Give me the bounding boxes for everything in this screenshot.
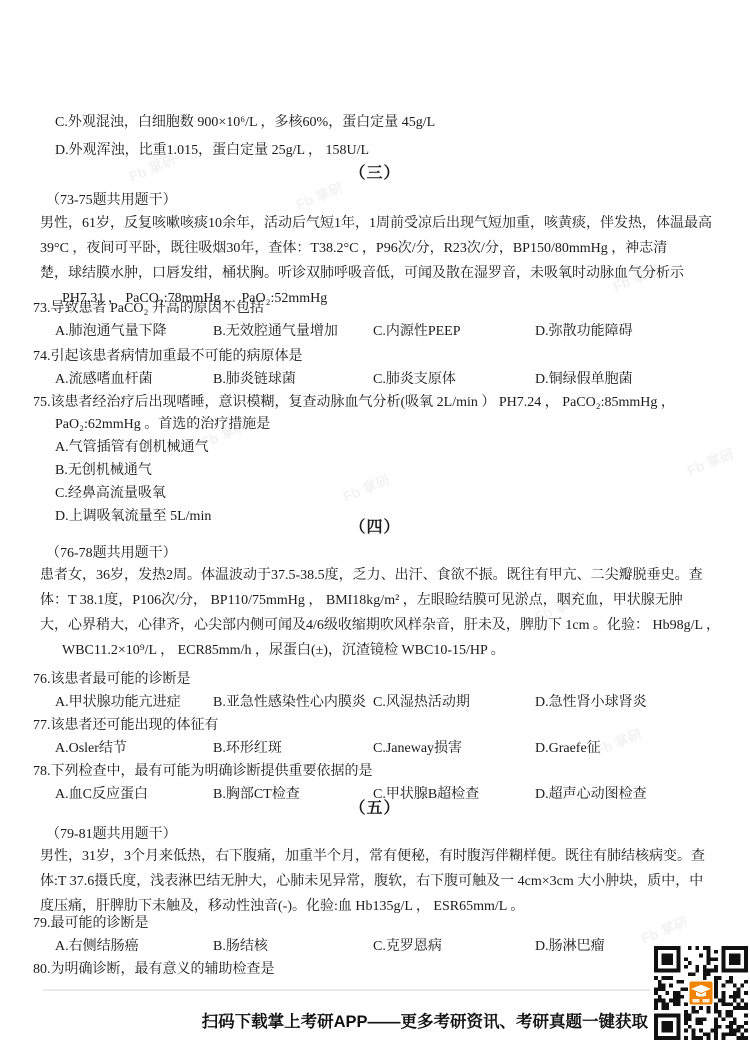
prev-option-c: C.外观混浊，白细胞数 900×10⁶/L ，多核60%，蛋白定量 45g/L — [33, 110, 734, 135]
app-logo-icon — [689, 981, 712, 1004]
option-b: B.肺炎链球菌 — [213, 368, 373, 391]
question-80: 80.为明确诊断，最有意义的辅助检查是 — [33, 958, 734, 981]
question-76: 76.该患者最可能的诊断是 — [33, 668, 734, 691]
question-73-options: A.肺泡通气量下降 B.无效腔通气量增加 C.内源性PEEP D.弥散功能障碍 — [33, 320, 734, 343]
prev-option-d: D.外观浑浊，比重1.015，蛋白定量 25g/L ， 158U/L — [33, 138, 734, 163]
option-a: A.流感嗜血杆菌 — [55, 368, 213, 391]
question-75-line2: PaO₂:62mmHg 。首选的治疗措施是 — [33, 413, 734, 436]
stem-line: 39°C ，夜间可平卧，既往吸烟30年，查体：T38.2°C ，P96次/分，R… — [40, 236, 734, 261]
question-73: 73.导致患者 PaCO₂ 升高的原因不包括 — [33, 297, 734, 320]
question-77-options: A.Osler结节 B.环形红斑 C.Janeway损害 D.Graefe征 — [33, 737, 734, 760]
option-d: D.弥散功能障碍 — [535, 320, 734, 343]
section-5-title: （五） — [0, 797, 750, 821]
section-3-stem: 男性，61岁，反复咳嗽咳痰10余年，活动后气短1年，1周前受凉后出现气短加重，咳… — [40, 211, 734, 311]
option-d: D.急性肾小球肾炎 — [535, 691, 734, 714]
question-78: 78.下列检查中，最有可能为明确诊断提供重要依据的是 — [33, 760, 734, 783]
option-a: A.气管插管有创机械通气 — [33, 436, 734, 459]
question-74-options: A.流感嗜血杆菌 B.肺炎链球菌 C.肺炎支原体 D.铜绿假单胞菌 — [33, 368, 734, 391]
option-b: B.亚急性感染性心内膜炎 — [213, 691, 373, 714]
option-b: B.肠结核 — [213, 935, 373, 958]
option-b: B.无效腔通气量增加 — [213, 320, 373, 343]
option-c: C.经鼻高流量吸氧 — [33, 482, 734, 505]
option-c: C.克罗恩病 — [373, 935, 535, 958]
section-5-stem: 男性，31岁，3个月来低热，右下腹痛，加重半个月，常有便秘，有时腹泻伴糊样便。既… — [40, 844, 734, 919]
qr-code — [654, 946, 748, 1040]
option-d: D.Graefe征 — [535, 737, 734, 760]
stem-line: 体：T 38.1度，P106次/分， BP110/75mmHg ， BMI18k… — [40, 588, 734, 613]
stem-line: 楚，球结膜水肿，口唇发绀，桶状胸。听诊双肺呼吸音低，可闻及散在湿罗音，未吸氧时动… — [40, 261, 734, 286]
question-79-options: A.右侧结肠癌 B.肠结核 C.克罗恩病 D.肠淋巴瘤 — [33, 935, 734, 958]
section-4-stem: 患者女，36岁，发热2周。体温波动于37.5-38.5度，乏力、出汗、食欲不振。… — [40, 563, 734, 663]
question-79: 79.最可能的诊断是 — [33, 912, 734, 935]
option-d: D.铜绿假单胞菌 — [535, 368, 734, 391]
option-a: A.肺泡通气量下降 — [55, 320, 213, 343]
option-b: B.环形红斑 — [213, 737, 373, 760]
question-74: 74.引起该患者病情加重最不可能的病原体是 — [33, 345, 734, 368]
question-77: 77.该患者还可能出现的体征有 — [33, 714, 734, 737]
option-a: A.Osler结节 — [55, 737, 213, 760]
stem-line: 体:T 37.6摄氏度，浅表淋巴结无肿大，心肺未见异常，腹软，右下腹可触及一 4… — [40, 869, 734, 894]
stem-line: 患者女，36岁，发热2周。体温波动于37.5-38.5度，乏力、出汗、食欲不振。… — [40, 563, 734, 588]
option-a: A.右侧结肠癌 — [55, 935, 213, 958]
question-75: 75.该患者经治疗后出现嗜睡，意识模糊，复查动脉血气分析(吸氧 2L/min ）… — [33, 391, 734, 414]
footer-divider — [43, 989, 650, 991]
stem-line: 大，心界稍大，心律齐，心尖部内侧可闻及4/6级收缩期吹风样杂音，肝未及，脾肋下 … — [40, 613, 734, 638]
section-4-title: （四） — [0, 516, 750, 540]
section-3-shared-note: （73-75题共用题干） — [46, 188, 734, 213]
question-75-options: A.气管插管有创机械通气 B.无创机械通气 C.经鼻高流量吸氧 D.上调吸氧流量… — [33, 436, 734, 528]
option-c: C.内源性PEEP — [373, 320, 535, 343]
stem-line: 男性，31岁，3个月来低热，右下腹痛，加重半个月，常有便秘，有时腹泻伴糊样便。既… — [40, 844, 734, 869]
question-76-options: A.甲状腺功能亢进症 B.亚急性感染性心内膜炎 C.风湿热活动期 D.急性肾小球… — [33, 691, 734, 714]
option-c: C.肺炎支原体 — [373, 368, 535, 391]
footer-promo-text: 扫码下载掌上考研APP——更多考研资讯、考研真题一键获取 — [0, 1008, 648, 1032]
stem-line: 男性，61岁，反复咳嗽咳痰10余年，活动后气短1年，1周前受凉后出现气短加重，咳… — [40, 211, 734, 236]
option-a: A.甲状腺功能亢进症 — [55, 691, 213, 714]
stem-line: WBC11.2×10⁹/L ， ECR85mm/h ，尿蛋白(±)，沉渣镜检 W… — [40, 638, 734, 663]
option-c: C.Janeway损害 — [373, 737, 535, 760]
qr-code-image — [654, 946, 748, 1040]
option-c: C.风湿热活动期 — [373, 691, 535, 714]
option-b: B.无创机械通气 — [33, 459, 734, 482]
section-3-title: （三） — [0, 162, 750, 186]
